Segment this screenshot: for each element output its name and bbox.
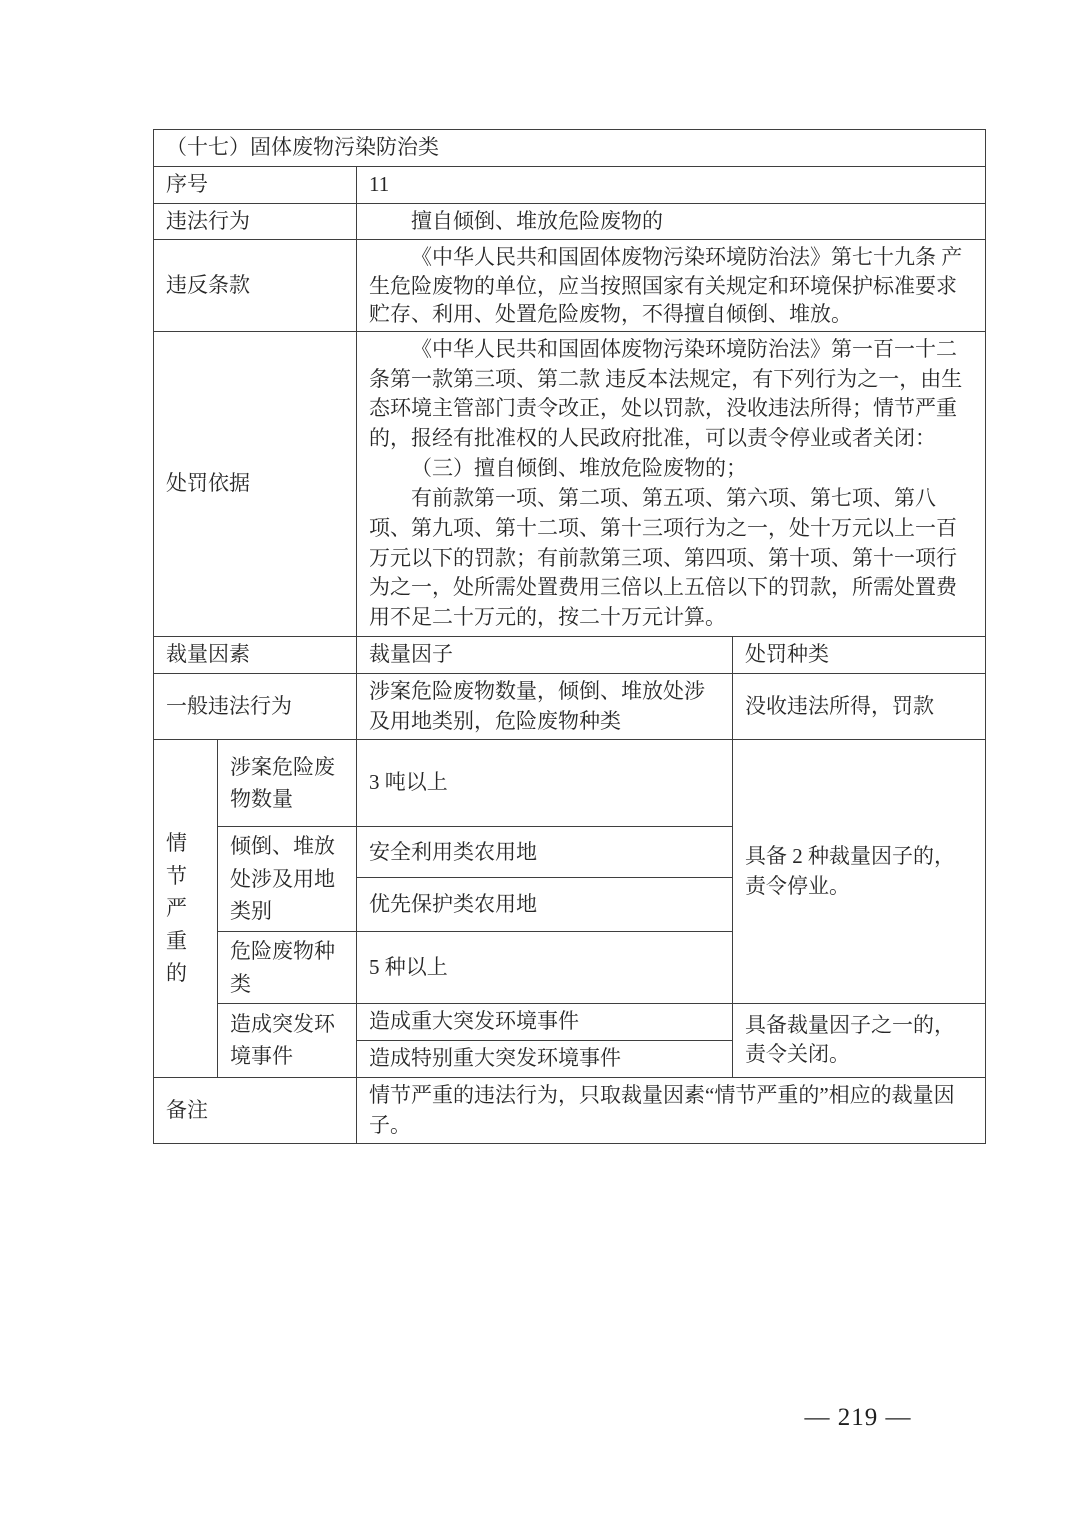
basis-label: 处罚依据 — [154, 331, 357, 636]
clause-text: 《中华人民共和国固体废物污染环境防治法》第七十九条 产生危险废物的单位，应当按照… — [369, 243, 975, 327]
severe-penalty-two-factors: 具备 2 种裁量因子的，责令停业。 — [733, 740, 986, 1004]
severe-label: 情节严重的 — [154, 740, 218, 1077]
penalty-type-header: 处罚种类 — [733, 636, 986, 673]
severe-land-name: 倾倒、堆放处涉及用地类别 — [218, 827, 357, 932]
clause-text-cell: 《中华人民共和国固体废物污染环境防治法》第七十九条 产生危险废物的单位，应当按照… — [357, 240, 986, 331]
severe-kinds-name: 危险废物种类 — [218, 932, 357, 1004]
serial-value: 11 — [357, 166, 986, 203]
severe-quantity-value: 3 吨以上 — [357, 740, 733, 827]
basis-paragraph-2: （三）擅自倾倒、堆放危险废物的； — [369, 454, 975, 484]
severe-incident-value-2: 造成特别重大突发环境事件 — [357, 1040, 733, 1077]
severe-land-value-2: 优先保护类农用地 — [357, 878, 733, 932]
severe-incident-name: 造成突发环境事件 — [218, 1004, 357, 1078]
violation-value: 擅自倾倒、堆放危险废物的 — [357, 203, 986, 240]
basis-paragraph-3: 有前款第一项、第二项、第五项、第六项、第七项、第八项、第九项、第十二项、第十三项… — [369, 484, 975, 633]
severe-penalty-one-factor: 具备裁量因子之一的，责令关闭。 — [733, 1004, 986, 1078]
factor-type-header: 裁量因素 — [154, 636, 357, 673]
category-title: （十七）固体废物污染防治类 — [154, 130, 986, 167]
severe-incident-value-1: 造成重大突发环境事件 — [357, 1004, 733, 1041]
severe-land-value-1: 安全利用类农用地 — [357, 827, 733, 878]
factor-header: 裁量因子 — [357, 636, 733, 673]
remark-text: 情节严重的违法行为，只取裁量因素“情节严重的”相应的裁量因子。 — [357, 1077, 986, 1144]
general-violation-factor: 涉案危险废物数量，倾倒、堆放处涉及用地类别，危险废物种类 — [357, 673, 733, 740]
general-violation-label: 一般违法行为 — [154, 673, 357, 740]
severe-quantity-name: 涉案危险废物数量 — [218, 740, 357, 827]
general-violation-penalty: 没收违法所得，罚款 — [733, 673, 986, 740]
severe-kinds-value: 5 种以上 — [357, 932, 733, 1004]
penalty-discretion-table: （十七）固体废物污染防治类 序号 11 违法行为 擅自倾倒、堆放危险废物的 违反… — [153, 129, 986, 1144]
basis-paragraph-1: 《中华人民共和国固体废物污染环境防治法》第一百一十二条第一款第三项、第二款 违反… — [369, 335, 975, 454]
page-number: — 219 — — [793, 1404, 923, 1432]
clause-label: 违反条款 — [154, 240, 357, 331]
violation-label: 违法行为 — [154, 203, 357, 240]
basis-text-cell: 《中华人民共和国固体废物污染环境防治法》第一百一十二条第一款第三项、第二款 违反… — [357, 331, 986, 636]
serial-label: 序号 — [154, 166, 357, 203]
remark-label: 备注 — [154, 1077, 357, 1144]
